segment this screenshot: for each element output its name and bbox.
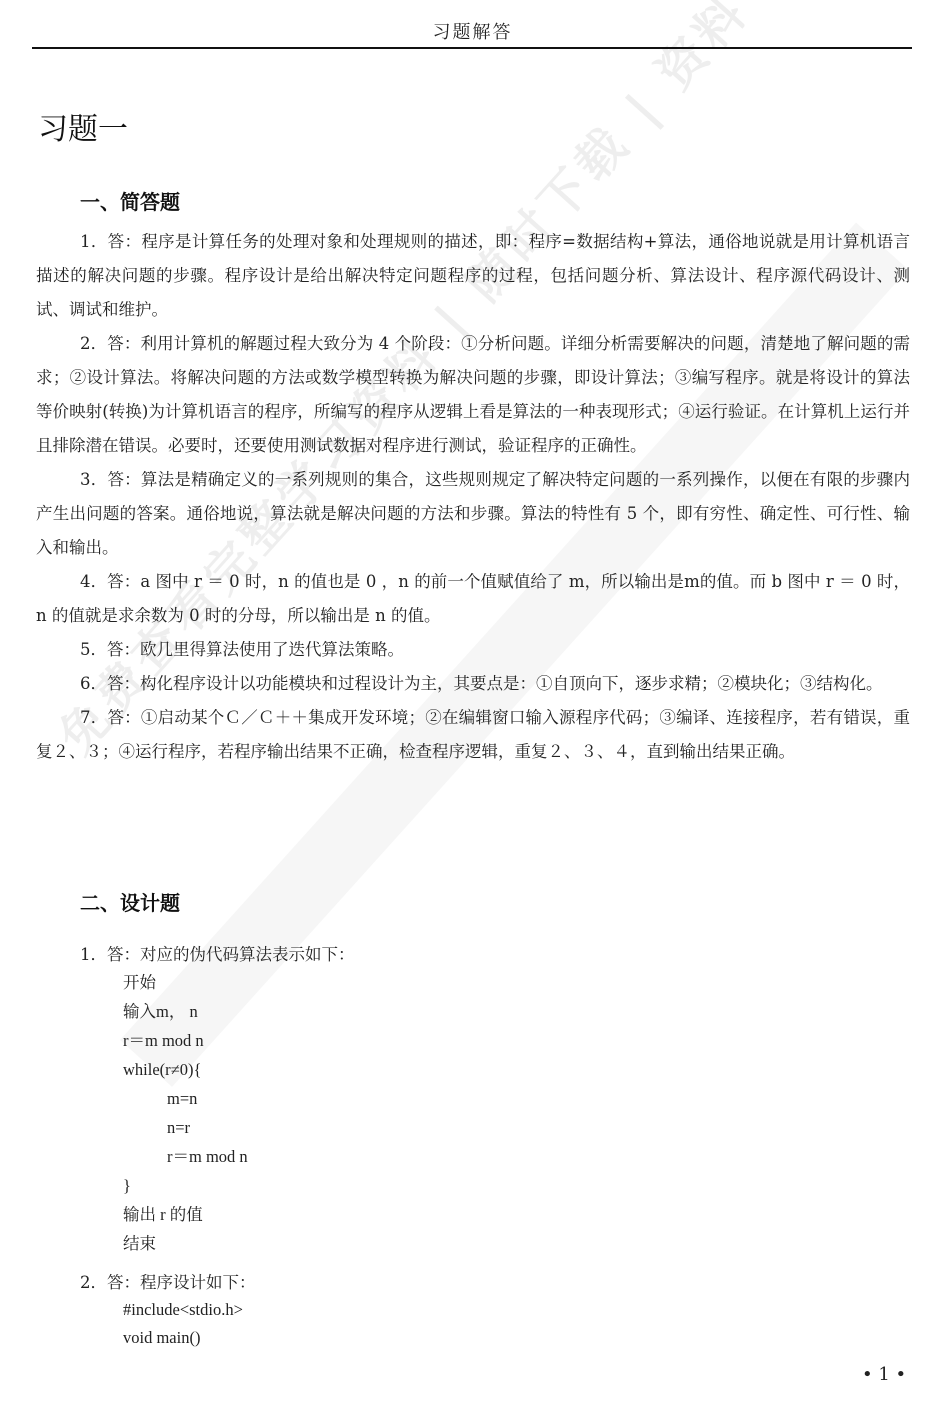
code-line: #include<stdio.h> <box>80 1296 256 1324</box>
design-answer-2-lead: 2．答：程序设计如下： <box>80 1270 256 1296</box>
design-answer-1-lead: 1．答：对应的伪代码算法表示如下： <box>80 942 355 968</box>
answer-3: 3．答：算法是精确定义的一系列规则的集合，这些规则规定了解决特定问题的一系列操作… <box>36 463 910 565</box>
short-answer-list: 1．答：程序是计算任务的处理对象和处理规则的描述，即：程序=数据结构+算法，通俗… <box>36 225 910 769</box>
answer-1: 1．答：程序是计算任务的处理对象和处理规则的描述，即：程序=数据结构+算法，通俗… <box>36 225 910 327</box>
pseudocode-line: r＝m mod n <box>80 1142 355 1171</box>
section-title-design: 二、设计题 <box>80 887 180 916</box>
pseudocode-line: 输入m， n <box>80 997 355 1026</box>
pseudocode-line: r＝m mod n <box>80 1026 355 1055</box>
pseudocode-line: 输出 r 的值 <box>80 1200 355 1229</box>
page-number: • 1 • <box>862 1364 906 1385</box>
chapter-title: 习题一 <box>38 104 128 148</box>
code-line: void main() <box>80 1324 256 1352</box>
pseudocode-line: m=n <box>80 1084 355 1113</box>
answer-7: 7．答：①启动某个Ｃ／Ｃ＋＋集成开发环境；②在编辑窗口输入源程序代码；③编译、连… <box>36 701 910 769</box>
pseudocode-line: 开始 <box>80 968 355 997</box>
answer-2: 2．答：利用计算机的解题过程大致分为 4 个阶段：①分析问题。详细分析需要解决的… <box>36 327 910 463</box>
answer-5: 5．答：欧几里得算法使用了迭代算法策略。 <box>36 633 910 667</box>
document-page: 免费查看完整学习资料 | 随时下载 | 资料 APP 习题解答 习题一 一、简答… <box>0 0 945 1417</box>
pseudocode-line: n=r <box>80 1113 355 1142</box>
design-answer-1: 1．答：对应的伪代码算法表示如下： 开始 输入m， n r＝m mod n wh… <box>80 942 355 1258</box>
running-header: 习题解答 <box>0 18 945 44</box>
pseudocode-line: 结束 <box>80 1229 355 1258</box>
design-answer-2: 2．答：程序设计如下： #include<stdio.h> void main(… <box>80 1270 256 1352</box>
header-rule <box>32 47 912 49</box>
answer-6: 6．答：构化程序设计以功能模块和过程设计为主，其要点是：①自顶向下，逐步求精；②… <box>36 667 910 701</box>
answer-4: 4．答：a 图中 r ＝ 0 时，n 的值也是 0 ，n 的前一个值赋值给了 m… <box>36 565 910 633</box>
section-title-short-answer: 一、简答题 <box>80 186 180 215</box>
pseudocode-line: while(r≠0){ <box>80 1055 355 1084</box>
pseudocode-line: } <box>80 1171 355 1200</box>
